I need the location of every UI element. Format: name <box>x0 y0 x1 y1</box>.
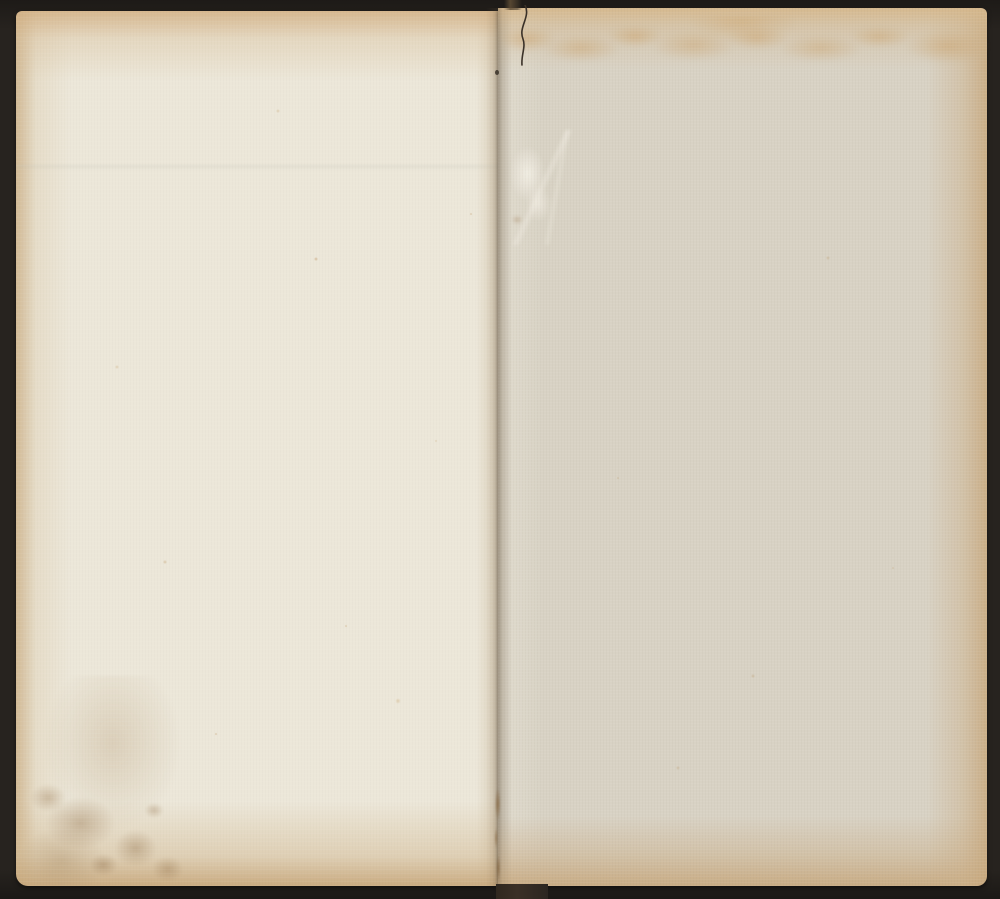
page-crease <box>500 130 586 245</box>
gutter-bottom-notch <box>496 884 548 899</box>
scene-description: Scanned spread of an old open book showi… <box>0 0 1 1</box>
water-stain <box>16 676 246 886</box>
book-scan: Scanned spread of an old open book showi… <box>0 0 1000 899</box>
left-page <box>16 11 498 886</box>
top-edge-mottling <box>498 16 987 74</box>
right-page <box>498 8 987 886</box>
